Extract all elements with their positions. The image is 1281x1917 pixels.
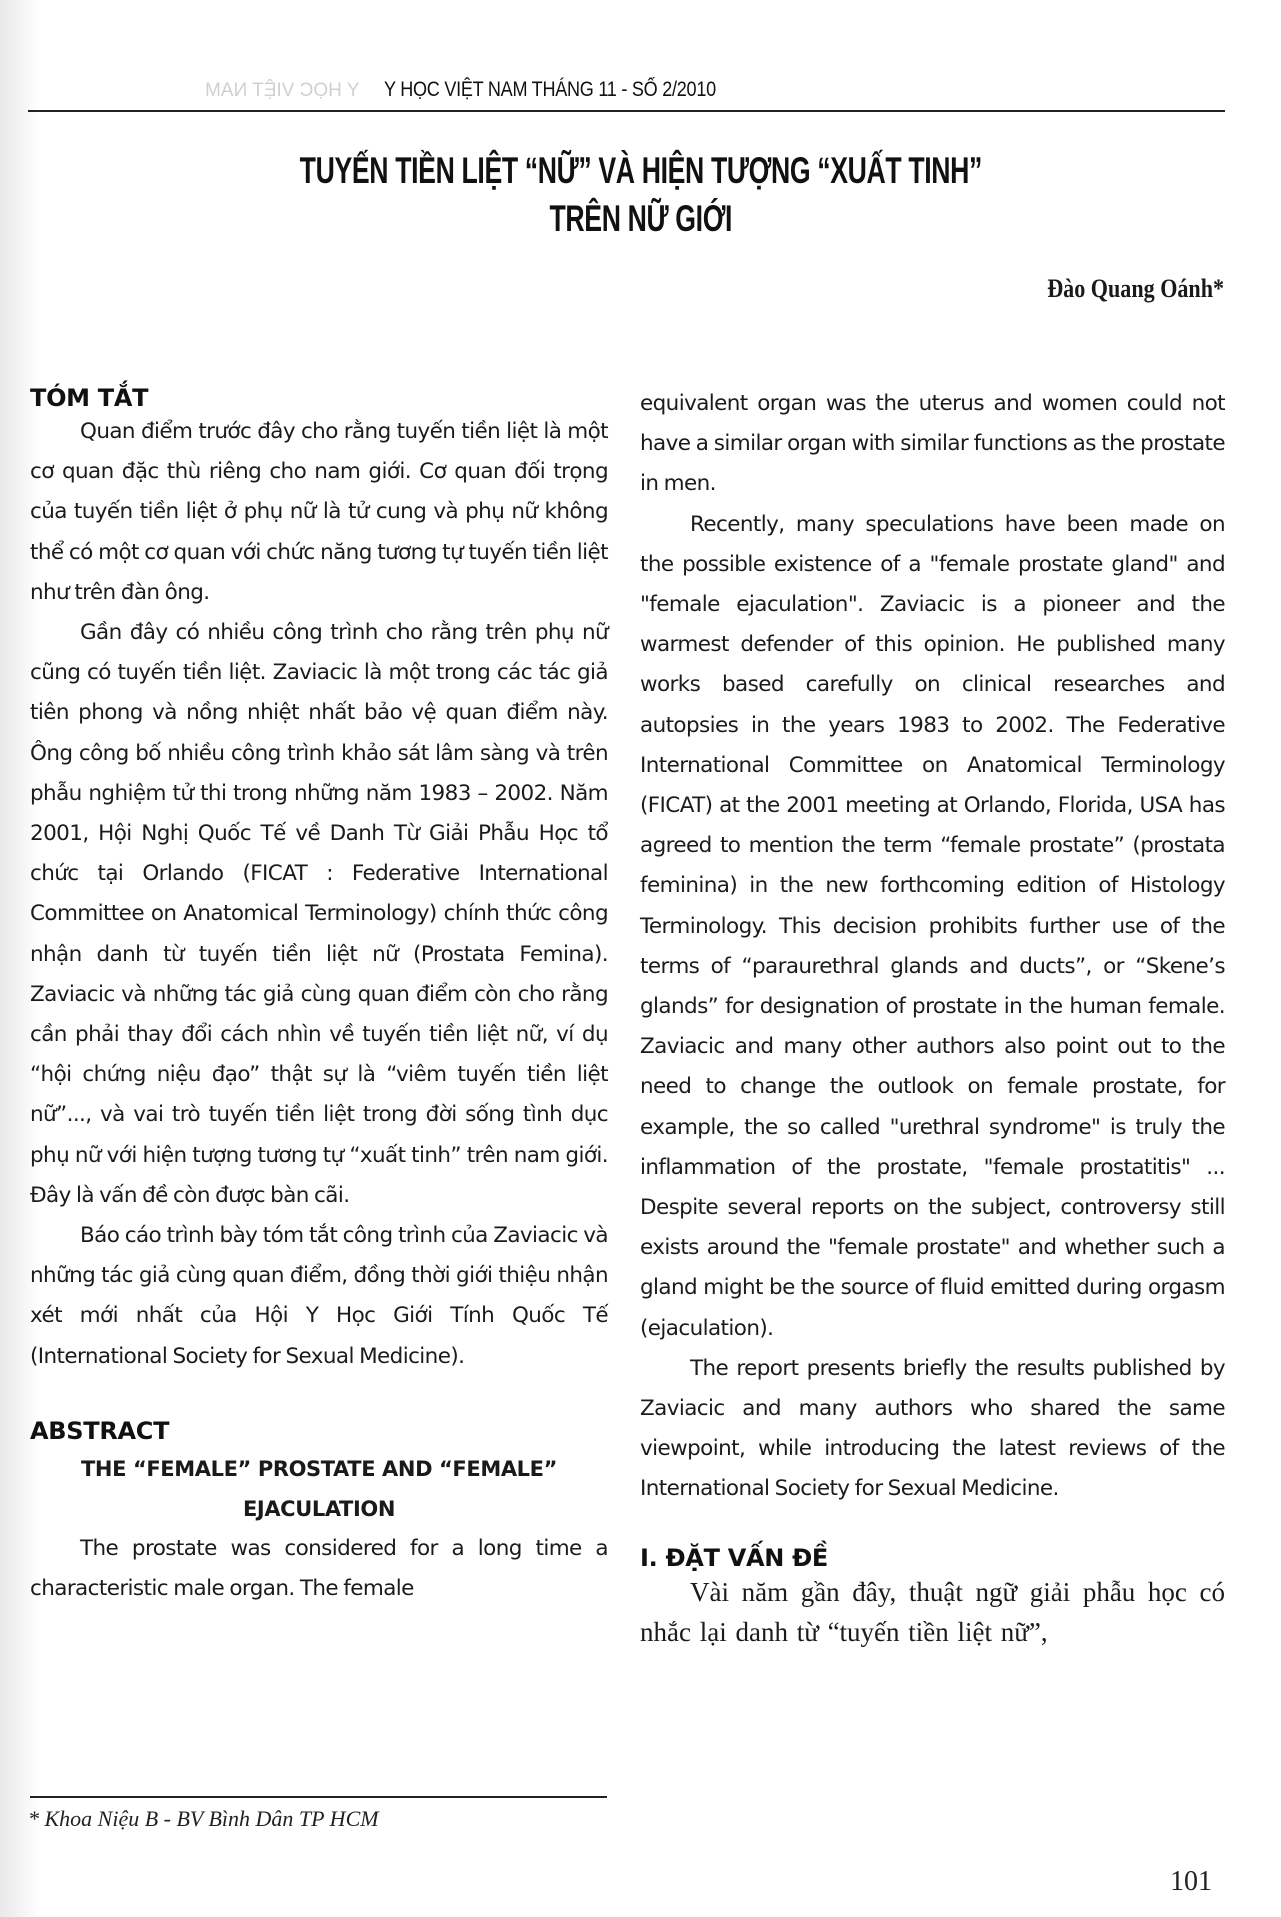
author-name: Đào Quang Oánh*: [1047, 274, 1224, 304]
right-column: equivalent organ was the uterus and wome…: [640, 384, 1225, 1652]
running-header: Y HỌC VIỆT NAM Y HỌC VIỆT NAM THÁNG 11 -…: [0, 76, 1225, 114]
abstract-paragraph-start: The prostate was considered for a long t…: [30, 1529, 608, 1609]
article-title-line-1: TUYẾN TIỀN LIỆT “NỮ” VÀ HIỆN TƯỢNG “XUẤT…: [0, 150, 1281, 192]
abstract-title-line-2: EJACULATION: [30, 1489, 608, 1529]
left-column: TÓM TẮT Quan điểm trước đây cho rằng tuy…: [30, 384, 608, 1609]
summary-paragraph-1: Quan điểm trước đây cho rằng tuyến tiền …: [30, 412, 608, 613]
section-heading-introduction: I. ĐẶT VẤN ĐỀ: [640, 1544, 1225, 1572]
article-title-line-2: TRÊN NỮ GIỚI: [0, 198, 1281, 240]
footnote-rule: [30, 1796, 607, 1798]
introduction-paragraph-start: Vài năm gần đây, thuật ngữ giải phẫu học…: [640, 1572, 1225, 1652]
summary-paragraph-2: Gần đây có nhiều công trình cho rằng trê…: [30, 613, 608, 1216]
abstract-paragraph-2: Recently, many speculations have been ma…: [640, 505, 1225, 1349]
summary-heading: TÓM TẮT: [30, 384, 608, 412]
author-affiliation-footnote: * Khoa Niệu B - BV Bình Dân TP HCM: [28, 1806, 379, 1832]
summary-paragraph-3: Báo cáo trình bày tóm tắt công trình của…: [30, 1216, 608, 1377]
abstract-title-line-1: THE “FEMALE” PROSTATE AND “FEMALE”: [30, 1449, 608, 1489]
bleed-through-text: Y HỌC VIỆT NAM: [205, 80, 360, 102]
page-number: 101: [1170, 1866, 1212, 1898]
abstract-heading: ABSTRACT: [30, 1417, 608, 1445]
journal-header: Y HỌC VIỆT NAM THÁNG 11 - SỐ 2/2010: [384, 78, 716, 102]
abstract-paragraph-3: The report presents briefly the results …: [640, 1349, 1225, 1510]
header-rule: [28, 110, 1225, 112]
abstract-paragraph-continued: equivalent organ was the uterus and wome…: [640, 384, 1225, 505]
